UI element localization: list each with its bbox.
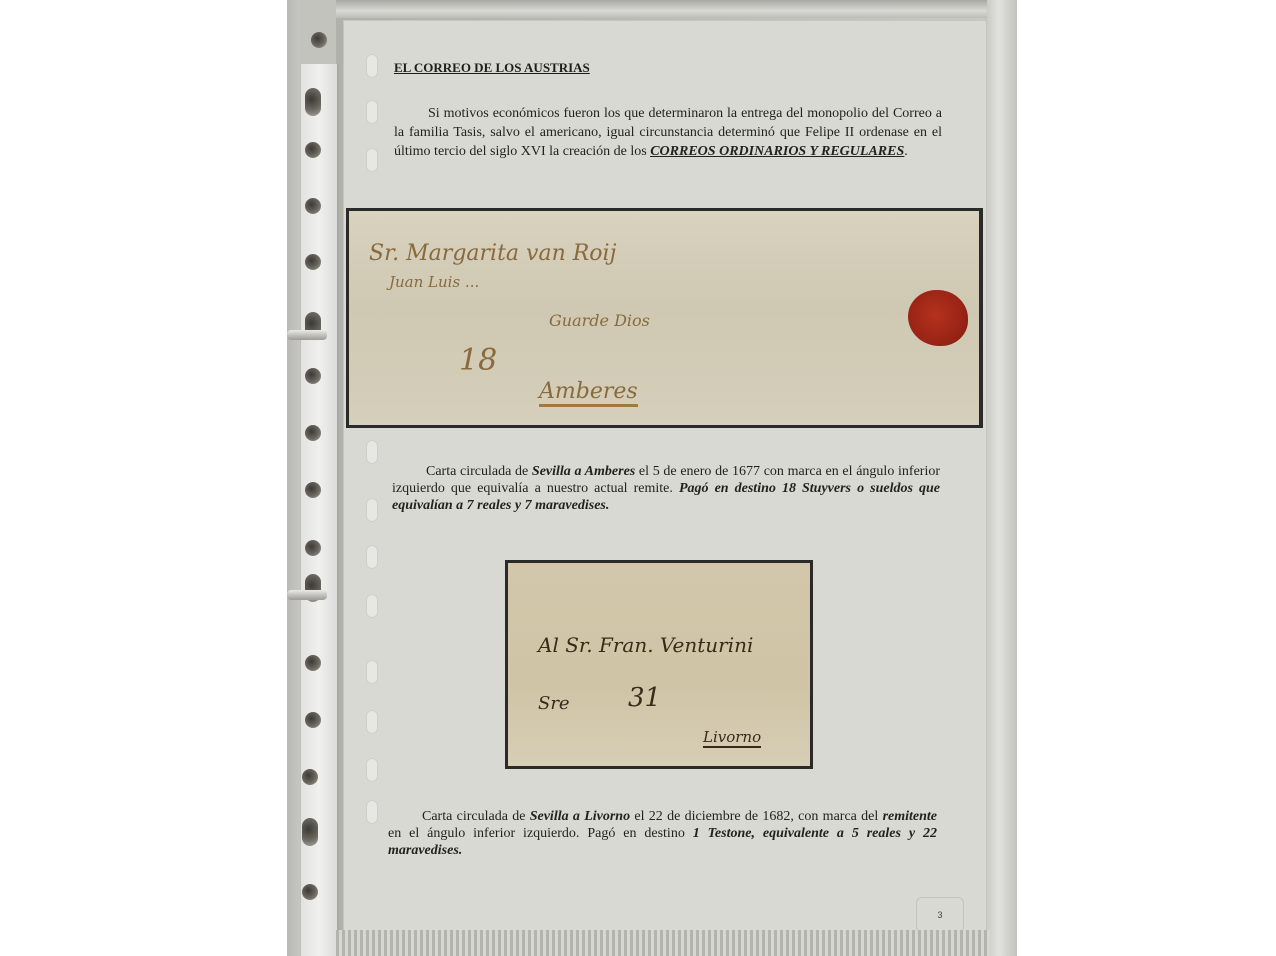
page-punch-mark (366, 54, 378, 78)
sleeve-bottom-edge (336, 930, 990, 956)
wax-seal (908, 290, 968, 346)
punch-hole (302, 769, 318, 785)
punch-hole (305, 712, 321, 728)
page-punch-mark (366, 100, 378, 124)
punch-hole (311, 32, 327, 48)
intro-emphasis: CORREOS ORDINARIOS Y REGULARES (650, 144, 904, 159)
sleeve-right-edge (987, 0, 1017, 956)
letter-rate-mark: 31 (628, 683, 661, 713)
letter-sevilla-amberes-image: Sr. Margarita van Roij Juan Luis ... Gua… (346, 208, 983, 428)
punch-hole (305, 198, 321, 214)
caption-text: Carta circulada de (426, 464, 532, 479)
caption-route: Sevilla a Livorno (530, 809, 630, 824)
punch-hole (302, 818, 318, 846)
page-punch-mark (366, 148, 378, 172)
page-punch-mark (366, 498, 378, 522)
letter-address-line: Juan Luis ... (389, 273, 479, 291)
letter-rate-mark: 18 (459, 343, 497, 378)
punch-hole (305, 482, 321, 498)
intro-paragraph: Si motivos económicos fueron los que det… (394, 104, 942, 161)
page-number: 3 (916, 897, 964, 933)
caption-route: Sevilla a Amberes (532, 464, 635, 479)
letter-sevilla-livorno-image: Al Sr. Fran. Venturini Sre 31 Livorno (505, 560, 813, 769)
binder-ring (287, 590, 327, 600)
caption-text: el 22 de diciembre de 1682, con marca de… (630, 809, 882, 824)
letter-address-line: Sr. Margarita van Roij (369, 241, 616, 266)
letter-address-line: Al Sr. Fran. Venturini (538, 633, 753, 657)
letter-address-line: Guarde Dios (549, 311, 650, 330)
punch-hole (305, 425, 321, 441)
punch-hole (302, 884, 318, 900)
punch-hole (305, 655, 321, 671)
punch-hole (305, 88, 321, 116)
punch-hole (305, 540, 321, 556)
caption-text: en el ángulo inferior izquierdo. Pagó en… (388, 826, 693, 841)
page-punch-mark (366, 545, 378, 569)
punch-hole (305, 368, 321, 384)
caption-remitente: remitente (883, 809, 937, 824)
punch-hole (305, 254, 321, 270)
letter-address-line: Sre (538, 693, 570, 714)
caption-letter-2: Carta circulada de Sevilla a Livorno el … (388, 808, 937, 859)
binder-ring (287, 330, 327, 340)
caption-text: Carta circulada de (422, 809, 530, 824)
page-punch-mark (366, 660, 378, 684)
intro-text-end: . (904, 144, 908, 159)
punch-hole (305, 142, 321, 158)
sleeve-top-edge (336, 0, 990, 18)
page-punch-mark (366, 800, 378, 824)
page-punch-mark (366, 594, 378, 618)
letter-destination: Livorno (703, 728, 761, 748)
page-punch-mark (366, 440, 378, 464)
page-punch-mark (366, 710, 378, 734)
page-punch-mark (366, 758, 378, 782)
caption-letter-1: Carta circulada de Sevilla a Amberes el … (392, 463, 940, 514)
letter-destination: Amberes (539, 379, 638, 407)
page-title: EL CORREO DE LOS AUSTRIAS (394, 60, 590, 76)
